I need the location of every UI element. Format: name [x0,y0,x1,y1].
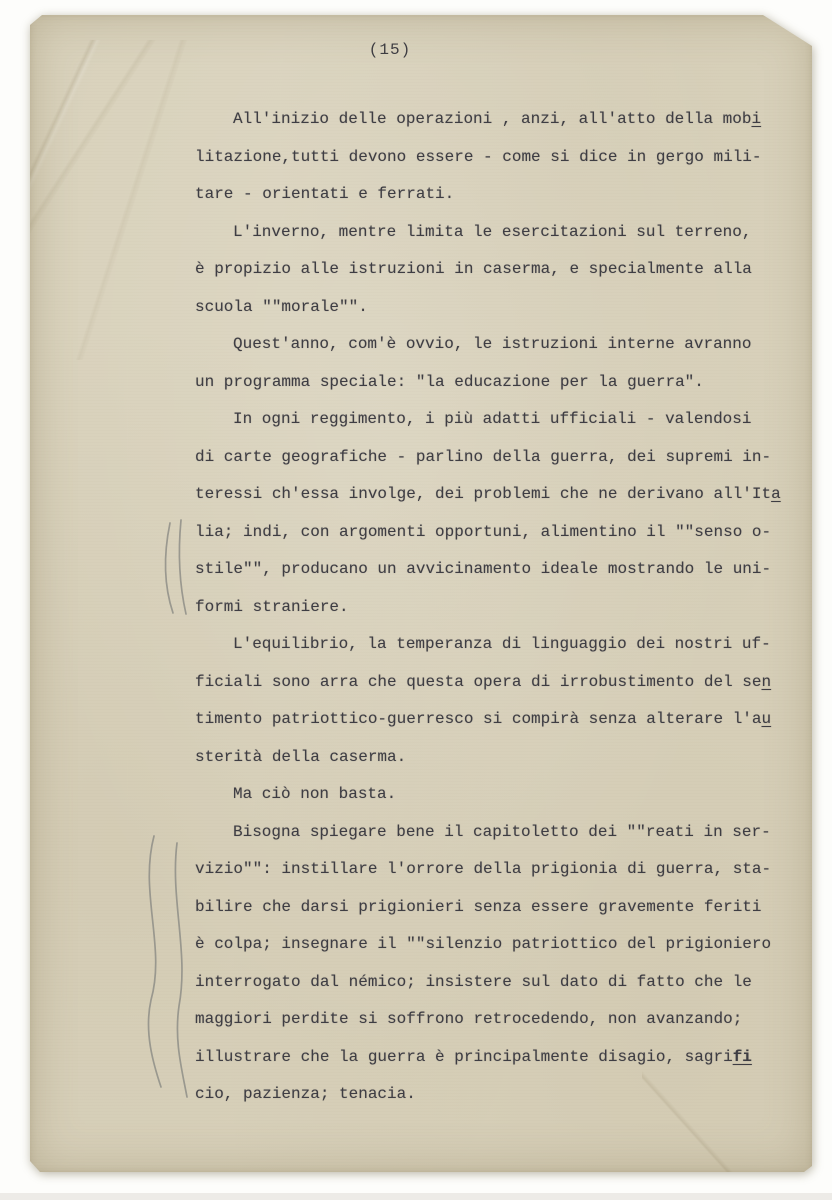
text-line: formi straniere. [195,589,795,627]
text-line: stile"", producano un avvicinamento idea… [195,551,795,589]
text-line: scuola ""morale"". [195,289,795,327]
text-line: Bisogna spiegare bene il capitoletto dei… [195,814,795,852]
text-line-content: cio, pazienza; tenacia. [195,1085,416,1103]
text-line-content: L'inverno, mentre limita le esercitazion… [233,223,751,241]
text-line-content: bilire che darsi prigionieri senza esser… [195,898,762,916]
text-line: illustrare che la guerra è principalment… [195,1039,795,1077]
text-line: All'inizio delle operazioni , anzi, all'… [195,101,795,139]
text-line-content: scuola ""morale"". [195,298,368,316]
underlined-letter: i [751,110,761,128]
underlined-letter: n [762,673,772,691]
text-line-content: Bisogna spiegare bene il capitoletto dei… [233,823,771,841]
paper-sheet: (15) All'inizio delle operazioni , anzi,… [0,0,832,1200]
text-line-content: teressi ch'essa involge, dei problemi ch… [195,485,771,503]
text-line-content: formi straniere. [195,598,349,616]
text-line: è colpa; insegnare il ""silenzio patriot… [195,926,795,964]
text-line-content: All'inizio delle operazioni , anzi, all'… [233,110,751,128]
text-line: ficiali sono arra che questa opera di ir… [195,664,795,702]
underlined-letter: fi [733,1048,752,1066]
underlined-letter: a [771,485,781,503]
text-line: L'equilibrio, la temperanza di linguaggi… [195,626,795,664]
text-line-content: maggiori perdite si soffrono retrocedend… [195,1010,742,1028]
scan-edge-strip [0,1193,832,1200]
text-line-content: è propizio alle istruzioni in caserma, e… [195,260,752,278]
text-line: interrogato dal némico; insistere sul da… [195,964,795,1002]
text-line: teressi ch'essa involge, dei problemi ch… [195,476,795,514]
text-line-content: interrogato dal némico; insistere sul da… [195,973,752,991]
text-line: In ogni reggimento, i più adatti ufficia… [195,401,795,439]
text-line: un programma speciale: "la educazione pe… [195,364,795,402]
text-line-content: Quest'anno, com'è ovvio, le istruzioni i… [233,335,751,353]
scan-background: (15) All'inizio delle operazioni , anzi,… [0,0,832,1200]
text-line: lia; indi, con argomenti opportuni, alim… [195,514,795,552]
text-line: Quest'anno, com'è ovvio, le istruzioni i… [195,326,795,364]
text-line-content: sterità della caserma. [195,748,406,766]
text-line-content: In ogni reggimento, i più adatti ufficia… [233,410,751,428]
text-line-content: tare - orientati e ferrati. [195,185,454,203]
text-line-content: Ma ciò non basta. [233,785,396,803]
text-line: L'inverno, mentre limita le esercitazion… [195,214,795,252]
text-line: cio, pazienza; tenacia. [195,1076,795,1114]
text-line: timento patriottico-guerresco si compirà… [195,701,795,739]
text-line: litazione,tutti devono essere - come si … [195,139,795,177]
text-line-content: vizio"": instillare l'orrore della prigi… [195,860,771,878]
text-line-content: lia; indi, con argomenti opportuni, alim… [195,523,771,541]
text-line: è propizio alle istruzioni in caserma, e… [195,251,795,289]
text-line-content: stile"", producano un avvicinamento idea… [195,560,771,578]
document-page: (15) All'inizio delle operazioni , anzi,… [30,15,812,1172]
text-line-content: illustrare che la guerra è principalment… [195,1048,733,1066]
text-line-content: ficiali sono arra che questa opera di ir… [195,673,762,691]
text-line-content: L'equilibrio, la temperanza di linguaggi… [233,635,771,653]
text-line: di carte geografiche - parlino della gue… [195,439,795,477]
text-line-content: timento patriottico-guerresco si compirà… [195,710,762,728]
text-line: bilire che darsi prigionieri senza esser… [195,889,795,927]
text-body: All'inizio delle operazioni , anzi, all'… [195,101,795,1114]
text-line-content: è colpa; insegnare il ""silenzio patriot… [195,935,771,953]
page-number: (15) [358,41,422,59]
text-line: sterità della caserma. [195,739,795,777]
text-line: maggiori perdite si soffrono retrocedend… [195,1001,795,1039]
text-line: Ma ciò non basta. [195,776,795,814]
text-line-content: un programma speciale: "la educazione pe… [195,373,704,391]
text-line-content: litazione,tutti devono essere - come si … [195,148,762,166]
text-line-content: di carte geografiche - parlino della gue… [195,448,771,466]
text-line: vizio"": instillare l'orrore della prigi… [195,851,795,889]
text-line: tare - orientati e ferrati. [195,176,795,214]
underlined-letter: u [762,710,772,728]
